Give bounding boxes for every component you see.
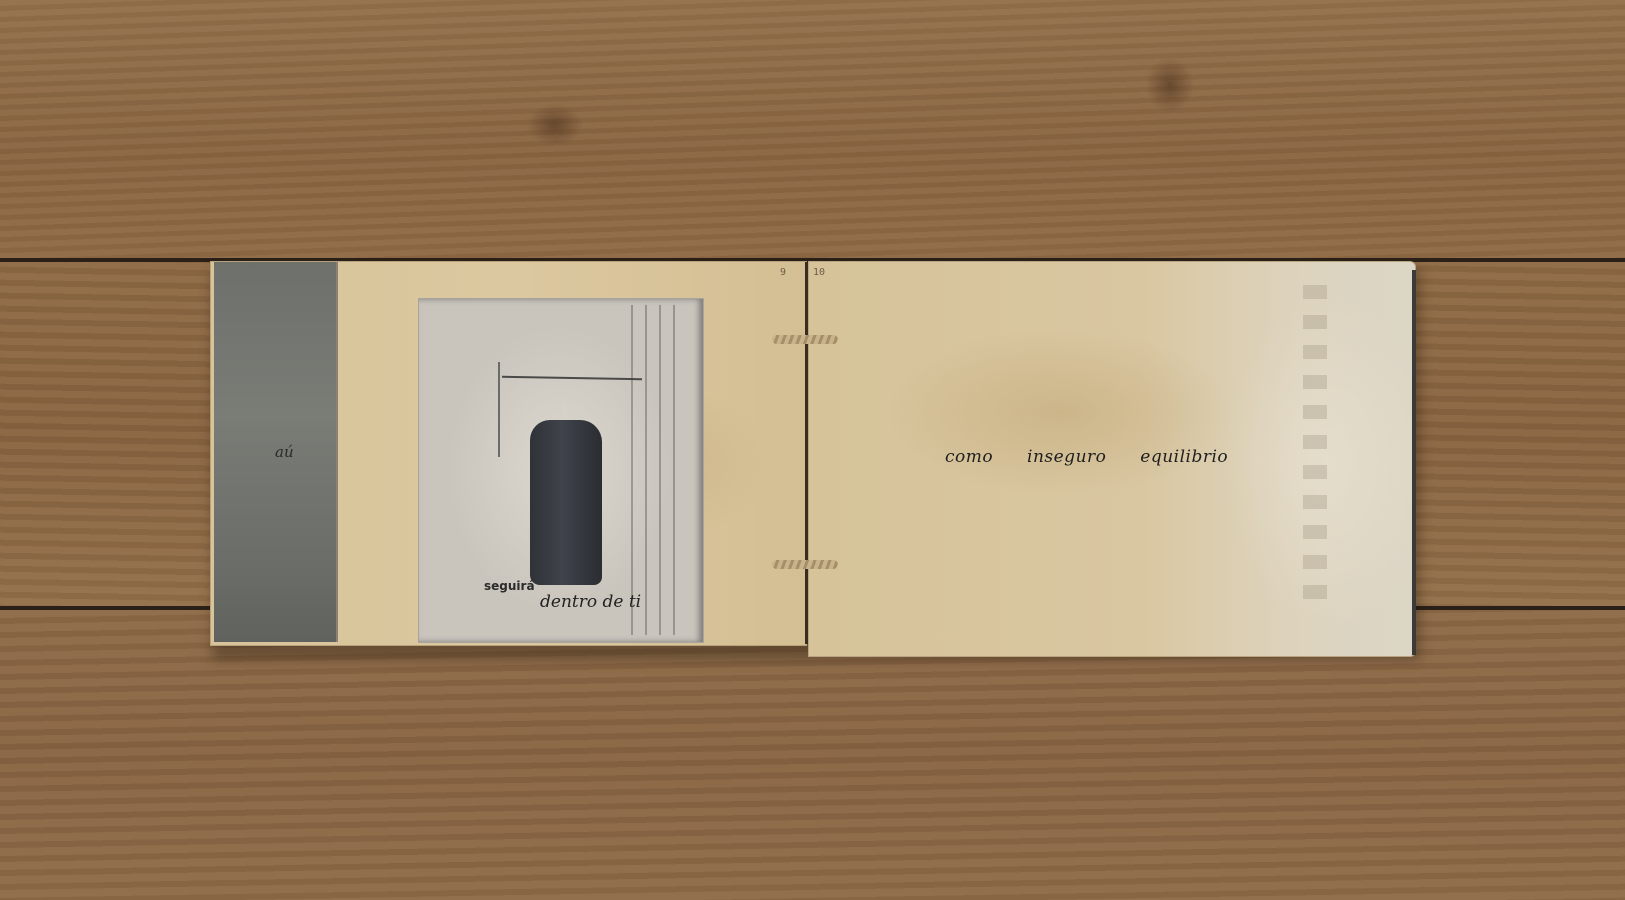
right-page-handwritten-text: como inseguro equilibrio [945,447,1228,467]
gray-strip-handwriting: aú [275,443,294,461]
twine-stitch-bottom [772,560,838,569]
photo-printed-text: seguirá [484,579,535,593]
page-edge [1412,270,1416,655]
wood-plank-top [0,0,1625,258]
page-number-left: 9 [780,267,786,278]
twine-stitch-top [772,335,838,344]
jacket-image [530,420,602,585]
drawn-lines [625,305,680,635]
punched-holes [1303,275,1327,615]
photo-handwritten-text: dentro de ti [540,592,641,612]
page-number-right: 10 [813,267,825,278]
drawn-line [498,362,500,457]
